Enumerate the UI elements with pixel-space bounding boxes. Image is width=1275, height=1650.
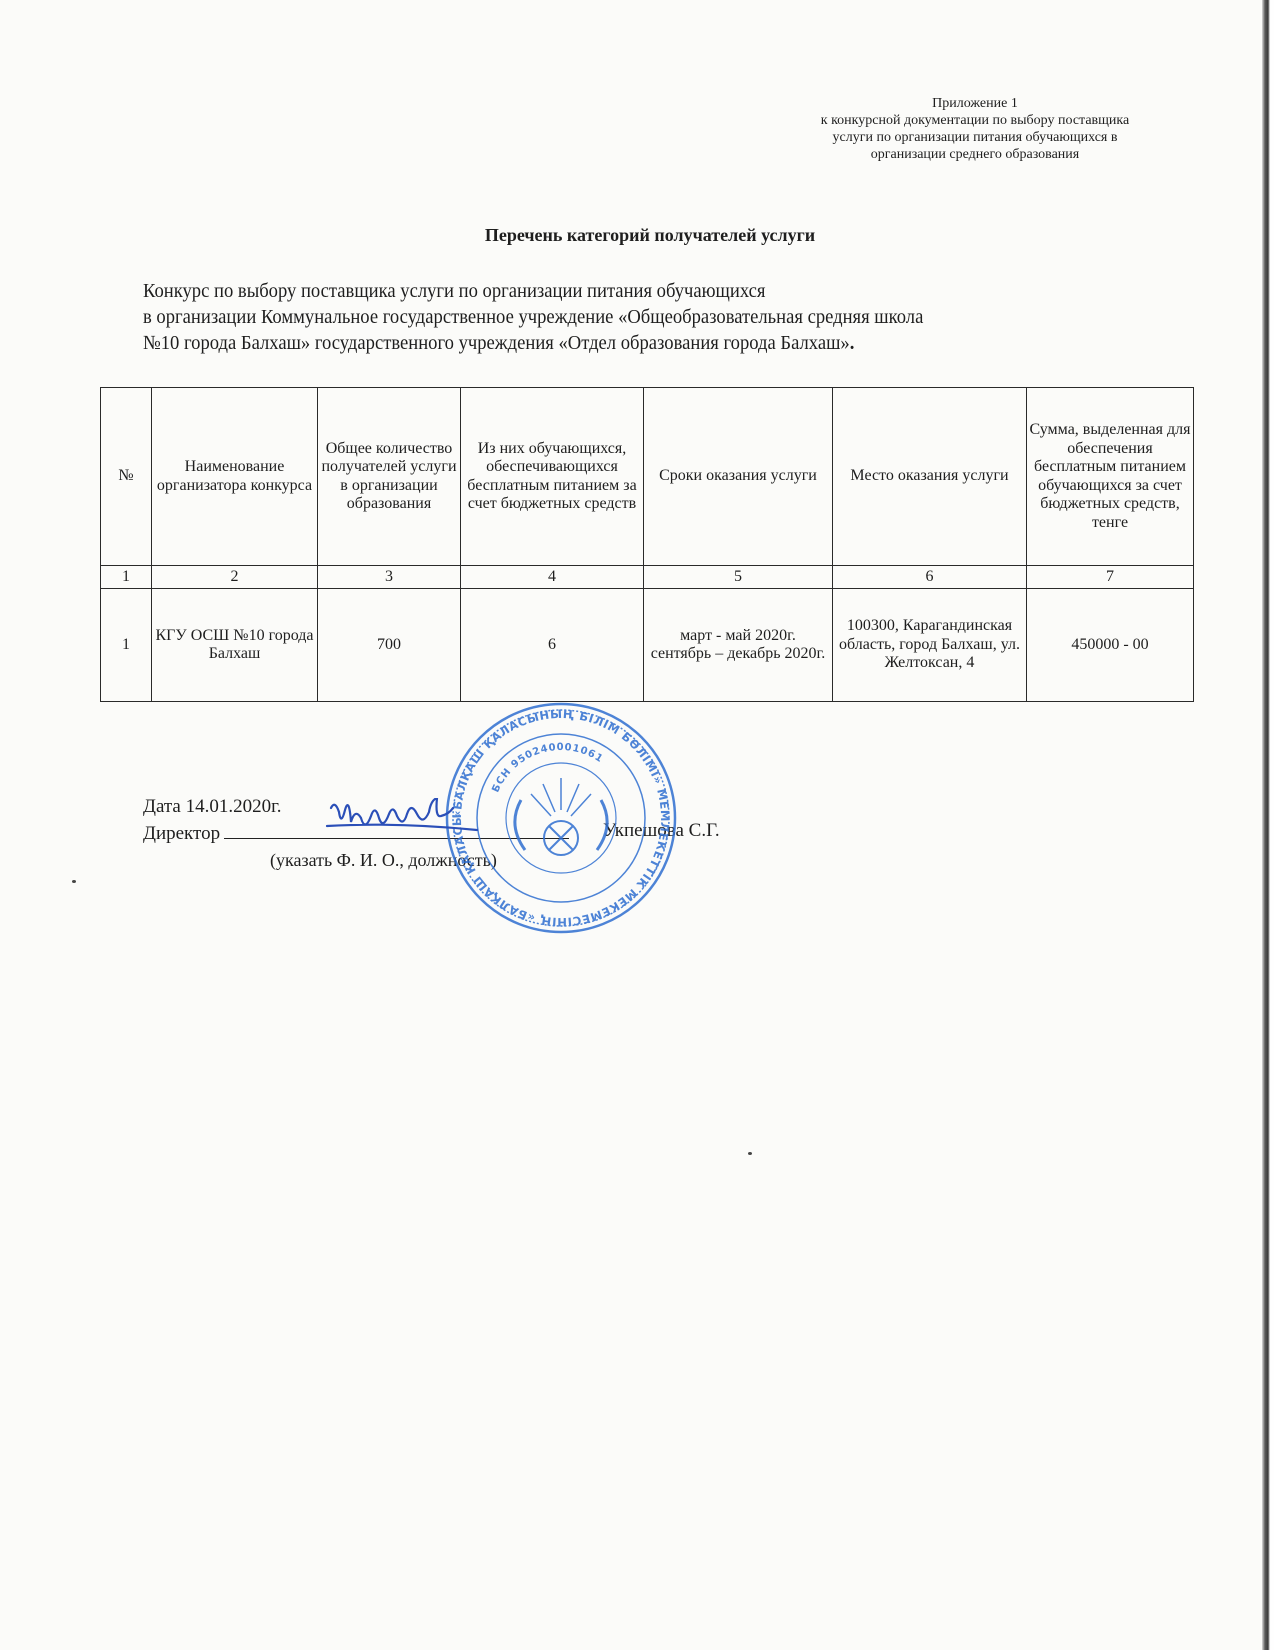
scan-edge — [1262, 0, 1275, 1650]
header-cell: Из них обучающихся, обеспечивающихся бес… — [461, 388, 644, 566]
intro-paragraph: Конкурс по выбору поставщика услуги по о… — [143, 278, 1101, 356]
column-number: 5 — [644, 566, 833, 589]
header-cell: № — [101, 388, 152, 566]
document-title: Перечень категорий получателей услуги — [0, 225, 1275, 246]
header-cell: Наименование организатора конкурса — [152, 388, 318, 566]
column-number: 3 — [318, 566, 461, 589]
appendix-line: к конкурсной документации по выбору пост… — [765, 112, 1185, 129]
date-label: Дата 14.01.2020г. — [143, 796, 282, 818]
column-number: 7 — [1027, 566, 1194, 589]
amount-cell: 450000 - 00 — [1027, 589, 1194, 702]
column-number: 6 — [833, 566, 1027, 589]
scan-speck — [748, 1152, 752, 1155]
intro-line: Конкурс по выбору поставщика услуги по о… — [143, 278, 1101, 304]
column-number: 2 — [152, 566, 318, 589]
intro-line-text: №10 города Балхаш» государственного учре… — [143, 332, 850, 354]
organizer-cell: КГУ ОСШ №10 города Балхаш — [152, 589, 318, 702]
total-recipients-cell: 700 — [318, 589, 461, 702]
column-number: 4 — [461, 566, 644, 589]
period-cell: март - май 2020г. сентябрь – декабрь 202… — [644, 589, 833, 702]
column-number-row: 1 2 3 4 5 6 7 — [101, 566, 1194, 589]
intro-line: №10 города Балхаш» государственного учре… — [143, 330, 1101, 356]
intro-line-end: . — [850, 332, 855, 354]
svg-text:БСН 950240001061: БСН 950240001061 — [490, 742, 605, 794]
appendix-title: Приложение 1 — [765, 95, 1185, 112]
director-signature — [325, 798, 485, 846]
table-row: 1 КГУ ОСШ №10 города Балхаш 700 6 март -… — [101, 589, 1194, 702]
column-number: 1 — [101, 566, 152, 589]
intro-line: в организации Коммунальное государственн… — [143, 304, 1101, 330]
period-line: сентябрь – декабрь 2020г. — [646, 645, 830, 664]
recipients-table: № Наименование организатора конкурса Общ… — [100, 387, 1194, 702]
appendix-note: Приложение 1 к конкурсной документации п… — [765, 95, 1185, 163]
place-cell: 100300, Карагандинская область, город Ба… — [833, 589, 1027, 702]
free-meal-students-cell: 6 — [461, 589, 644, 702]
stamp-bin: БСН 950240001061 — [490, 742, 605, 794]
row-number: 1 — [101, 589, 152, 702]
appendix-line: организации среднего образования — [765, 146, 1185, 163]
header-cell: Сумма, выделенная для обеспечения беспла… — [1027, 388, 1194, 566]
table-header-row: № Наименование организатора конкурса Общ… — [101, 388, 1194, 566]
scan-speck — [72, 880, 76, 883]
appendix-line: услуги по организации питания обучающихс… — [765, 129, 1185, 146]
header-cell: Общее количество получателей услуги в ор… — [318, 388, 461, 566]
header-cell: Сроки оказания услуги — [644, 388, 833, 566]
period-line: март - май 2020г. — [646, 627, 830, 646]
director-label: Директор — [143, 823, 220, 844]
header-cell: Место оказания услуги — [833, 388, 1027, 566]
